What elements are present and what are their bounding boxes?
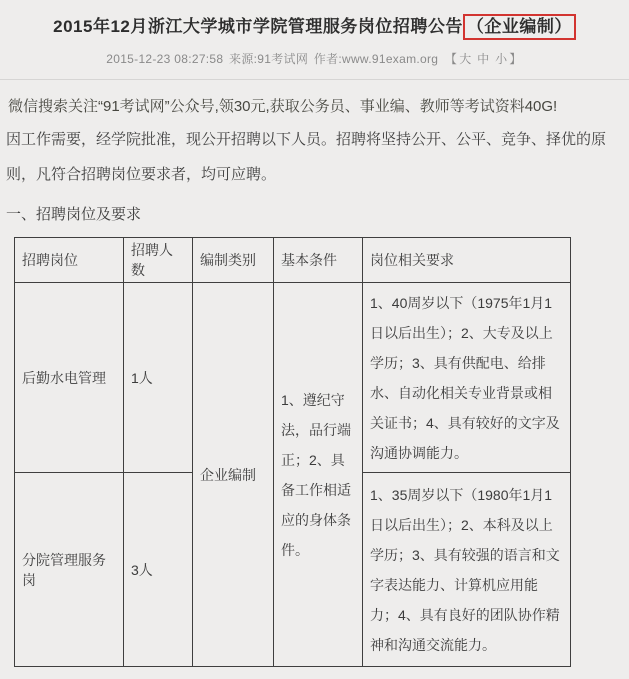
cell-position: 后勤水电管理 <box>15 283 124 473</box>
source-label: 来源:91考试网 <box>229 52 308 66</box>
bracket-close: 】 <box>509 52 521 66</box>
article-content: 微信搜索关注“91考试网”公众号,领30元,获取公务员、事业编、教师等考试资料4… <box>0 95 629 667</box>
header-requirements: 岗位相关要求 <box>363 238 571 283</box>
table-row: 后勤水电管理 1人 企业编制 1、遵纪守法，品行端正；2、具备工作相适应的身体条… <box>15 283 571 473</box>
font-size-small-link[interactable]: 小 <box>495 52 507 66</box>
cell-requirements: 1、40周岁以下（1975年1月1日以后出生）；2、大专及以上学历；3、具有供配… <box>363 283 571 473</box>
page-title: 2015年12月浙江大学城市学院管理服务岗位招聘公告（企业编制） <box>0 12 629 37</box>
promo-line: 微信搜索关注“91考试网”公众号,领30元,获取公务员、事业编、教师等考试资料4… <box>8 95 625 116</box>
header-position: 招聘岗位 <box>15 238 124 283</box>
header-basic-conditions: 基本条件 <box>274 238 363 283</box>
cell-basic-conditions: 1、遵纪守法，品行端正；2、具备工作相适应的身体条件。 <box>274 283 363 667</box>
page-title-highlight: （企业编制） <box>463 14 576 40</box>
article-meta: 2015-12-23 08:27:58 来源:91考试网 作者:www.91ex… <box>0 50 629 67</box>
cell-count: 3人 <box>124 473 193 667</box>
recruitment-table: 招聘岗位 招聘人数 编制类别 基本条件 岗位相关要求 后勤水电管理 1人 企业编… <box>14 237 571 667</box>
font-size-medium-link[interactable]: 中 <box>477 52 489 66</box>
cell-staffing-type: 企业编制 <box>193 283 274 667</box>
table-header-row: 招聘岗位 招聘人数 编制类别 基本条件 岗位相关要求 <box>15 238 571 283</box>
page-header: 2015年12月浙江大学城市学院管理服务岗位招聘公告（企业编制） 2015-12… <box>0 0 629 67</box>
font-size-selector: 【大 中 小】 <box>444 52 523 66</box>
font-size-large-link[interactable]: 大 <box>459 52 471 66</box>
bracket-open: 【 <box>445 52 457 66</box>
page-title-main: 2015年12月浙江大学城市学院管理服务岗位招聘公告 <box>53 17 463 36</box>
cell-position: 分院管理服务岗 <box>15 473 124 667</box>
header-staffing-type: 编制类别 <box>193 238 274 283</box>
author-label: 作者:www.91exam.org <box>314 52 438 66</box>
header-divider <box>0 79 629 80</box>
publish-datetime: 2015-12-23 08:27:58 <box>106 52 223 66</box>
section-heading: 一、招聘岗位及要求 <box>6 203 625 224</box>
cell-requirements: 1、35周岁以下（1980年1月1日以后出生）；2、本科及以上学历；3、具有较强… <box>363 473 571 667</box>
header-count: 招聘人数 <box>124 238 193 283</box>
cell-count: 1人 <box>124 283 193 473</box>
intro-paragraph: 因工作需要，经学院批准，现公开招聘以下人员。招聘将坚持公开、公平、竞争、择优的原… <box>6 122 625 192</box>
